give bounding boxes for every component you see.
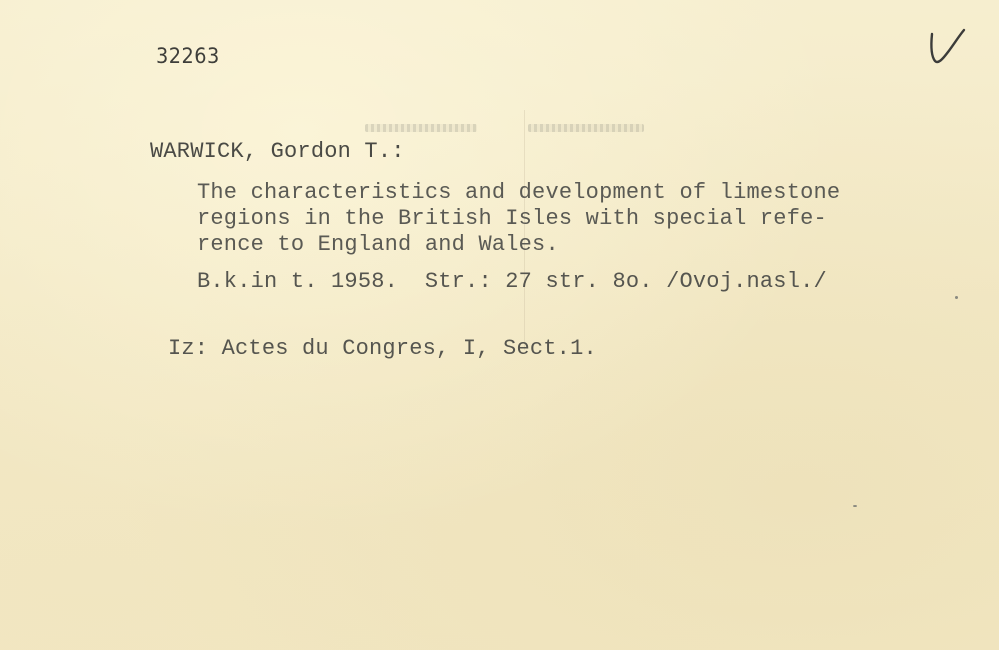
source-line: Iz: Actes du Congres, I, Sect.1. (168, 336, 597, 362)
speck (853, 505, 857, 507)
catalog-card: 32263 WARWICK, Gordon T.: The characteri… (0, 0, 999, 650)
card-number: 32263 (156, 44, 220, 68)
title-line: regions in the British Isles with specia… (197, 206, 840, 232)
author-heading: WARWICK, Gordon T.: (150, 139, 405, 165)
speck (955, 296, 958, 299)
imprint-line: B.k.in t. 1958. Str.: 27 str. 8o. /Ovoj.… (197, 269, 827, 295)
title-block: The characteristics and development of l… (197, 180, 840, 258)
checkmark-icon (926, 26, 968, 68)
ink-smudge (365, 124, 477, 132)
title-line: The characteristics and development of l… (197, 180, 840, 206)
ink-smudge (528, 124, 644, 132)
title-line: rence to England and Wales. (197, 232, 840, 258)
